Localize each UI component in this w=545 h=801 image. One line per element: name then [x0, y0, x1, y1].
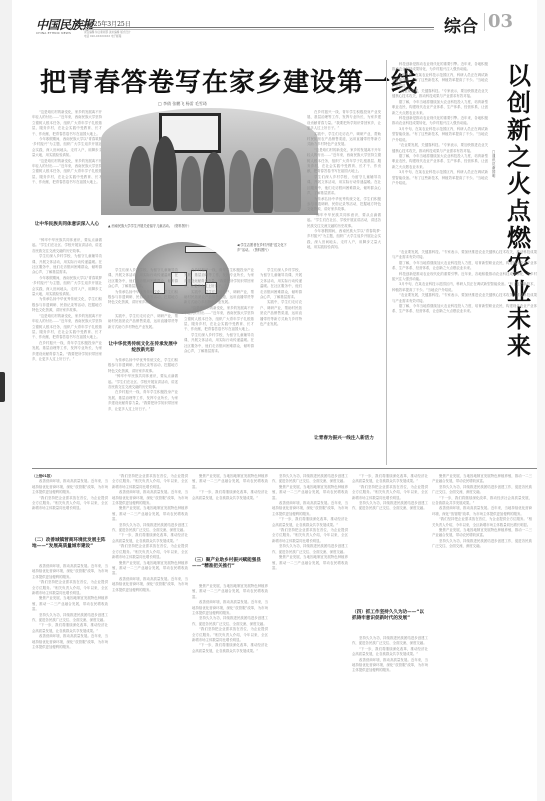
bottom-col1-text: （上接01版） 改善营商环境，推动高质量发展。近年来，当地持续优化营商环境，深化…: [32, 474, 108, 534]
main-subhead-1: 让中华民族共同体意识深入人心: [32, 222, 102, 228]
bottom-col5-text: “下一步，我们将继续深化改革，推动经济社会高质量发展，让各族群众共享发展成果。”…: [352, 474, 428, 608]
main-col2-text-c: 为传承弘扬中华优秀传统文化，学生们积极参与非遗调研、民俗记录等活动，挖掘地方特色…: [108, 358, 178, 460]
main-subhead-3: 让青春为振兴一线注入新活力: [307, 436, 381, 442]
sidebar-toggle-handle[interactable]: [0, 372, 5, 402]
section-divider-horizontal: [32, 468, 537, 469]
bottom-col3-text: 聚焦产业发展，当地因地制宜发展特色种植养殖，推动一二三产业融合发展，带动农民增收…: [192, 474, 268, 554]
main-headline: 把青春答卷写在家乡建设第一线: [40, 62, 418, 99]
main-subhead-2: 让中华优秀传统文化在传承发展中绽放新光彩: [108, 342, 178, 354]
bottom-col4-text: 坚持久久为功，持续推进民族团结进步创建工作，促进各民族广泛交往、全面交流、深度交…: [272, 474, 348, 794]
main-col1-text: “这是咱们村的新变化，家乡的发展离不开年轻人的付出……”近年来，西南民族大学坚持…: [32, 110, 102, 222]
main-photo-students: [101, 108, 318, 215]
bottom-col2-text: “我们坚持把企业需求放在首位，为企业提供全方位服务。”相关负责人介绍，今年以来，…: [112, 474, 188, 794]
main-byline: □ 李倩 张鹏飞 杨雷 毛雪琦: [158, 101, 207, 107]
bottom-col5-text-b: 坚持久久为功，持续推进民族团结进步创建工作，促进各民族广泛交往、全面交流、深度交…: [352, 636, 428, 794]
newspaper-logo-english: CHINA ETHNIC NEWS: [36, 31, 71, 35]
newspaper-page: 中国民族报 CHINA ETHNIC NEWS 2025年3月25日 责任编辑 …: [12, 0, 537, 801]
main-photo-caption: ▲ 西南民族大学学生开展关爱留守儿童活动。（资料图片）: [108, 223, 191, 228]
main-col2-text-b: 实践中，学生们走访农户、调研产业，帮助村民拓宽农产品销售渠道，运用直播带货等新方…: [108, 314, 178, 338]
masthead-info: 责任编辑 综合新闻部 美术编辑 版式设计 电话 010-XXXXXXXX 电子邮…: [84, 31, 131, 38]
masthead-rule: [84, 27, 434, 28]
bottom-col6-text: 聚焦产业发展，当地因地制宜发展特色种植养殖，推动一二三产业融合发展，带动农民增收…: [432, 474, 532, 794]
bottom-subhead-1: （二）改善城镇营商环境优发展主阵地——“发展高质量城市建设”: [32, 538, 108, 550]
bottom-subhead-2: （三）聚产业助乡村振兴赋能强县——“精准把关推行”: [192, 558, 268, 570]
viewer-left-edge: [0, 0, 12, 801]
viewer-right-edge: [537, 0, 545, 801]
section-name: 综合: [444, 12, 478, 37]
side-article-text-wide: “农业要发展，关键靠科技。”专家表示，要加快推进农业关键核心技术攻关，推动科技成…: [392, 250, 537, 465]
bottom-col1-text-b: 改善营商环境，推动高质量发展。近年来，当地持续优化营商环境，深化“放管服”改革，…: [32, 564, 108, 794]
main-col3-text: 在乡村振兴一线，青年学生积极投身产业发展、基层治理等工作，发挥专业所长，为家乡建…: [184, 268, 254, 460]
main-col3b-text: 学生们深入乡村学校，为留守儿童辅导功课、开展文体活动，用实际行动传递温暖。在社区…: [260, 268, 302, 460]
page-number: 03: [488, 11, 513, 32]
main-col4-text: 在乡村振兴一线，青年学生积极投身产业发展、基层治理等工作，发挥专业所长，为家乡建…: [307, 110, 381, 430]
main-col1-text-b: “铸牢中华民族共同体意识，要从点滴做起。”学生们在社区、学校开展宣讲活动，讲述各…: [32, 238, 102, 460]
side-article-byline: □ 通讯员 谢国明: [492, 150, 498, 178]
bottom-subhead-3: （四）抓工作坚持久久为功——“以抓铸牢意识促新时代的发展”: [352, 610, 428, 622]
masthead: 中国民族报 CHINA ETHNIC NEWS 2025年3月25日 责任编辑 …: [12, 0, 537, 40]
article-divider: [386, 60, 387, 465]
round-photo-caption: ◀ 学生志愿者在乡村开展“送文化下乡”活动。（资料图片）: [237, 243, 287, 253]
bottom-col3-text-b: 聚焦产业发展，当地因地制宜发展特色种植养殖，推动一二三产业融合发展，带动农民增收…: [192, 584, 268, 794]
masthead-rule-thin: [84, 29, 434, 30]
section-divider: [484, 13, 485, 31]
